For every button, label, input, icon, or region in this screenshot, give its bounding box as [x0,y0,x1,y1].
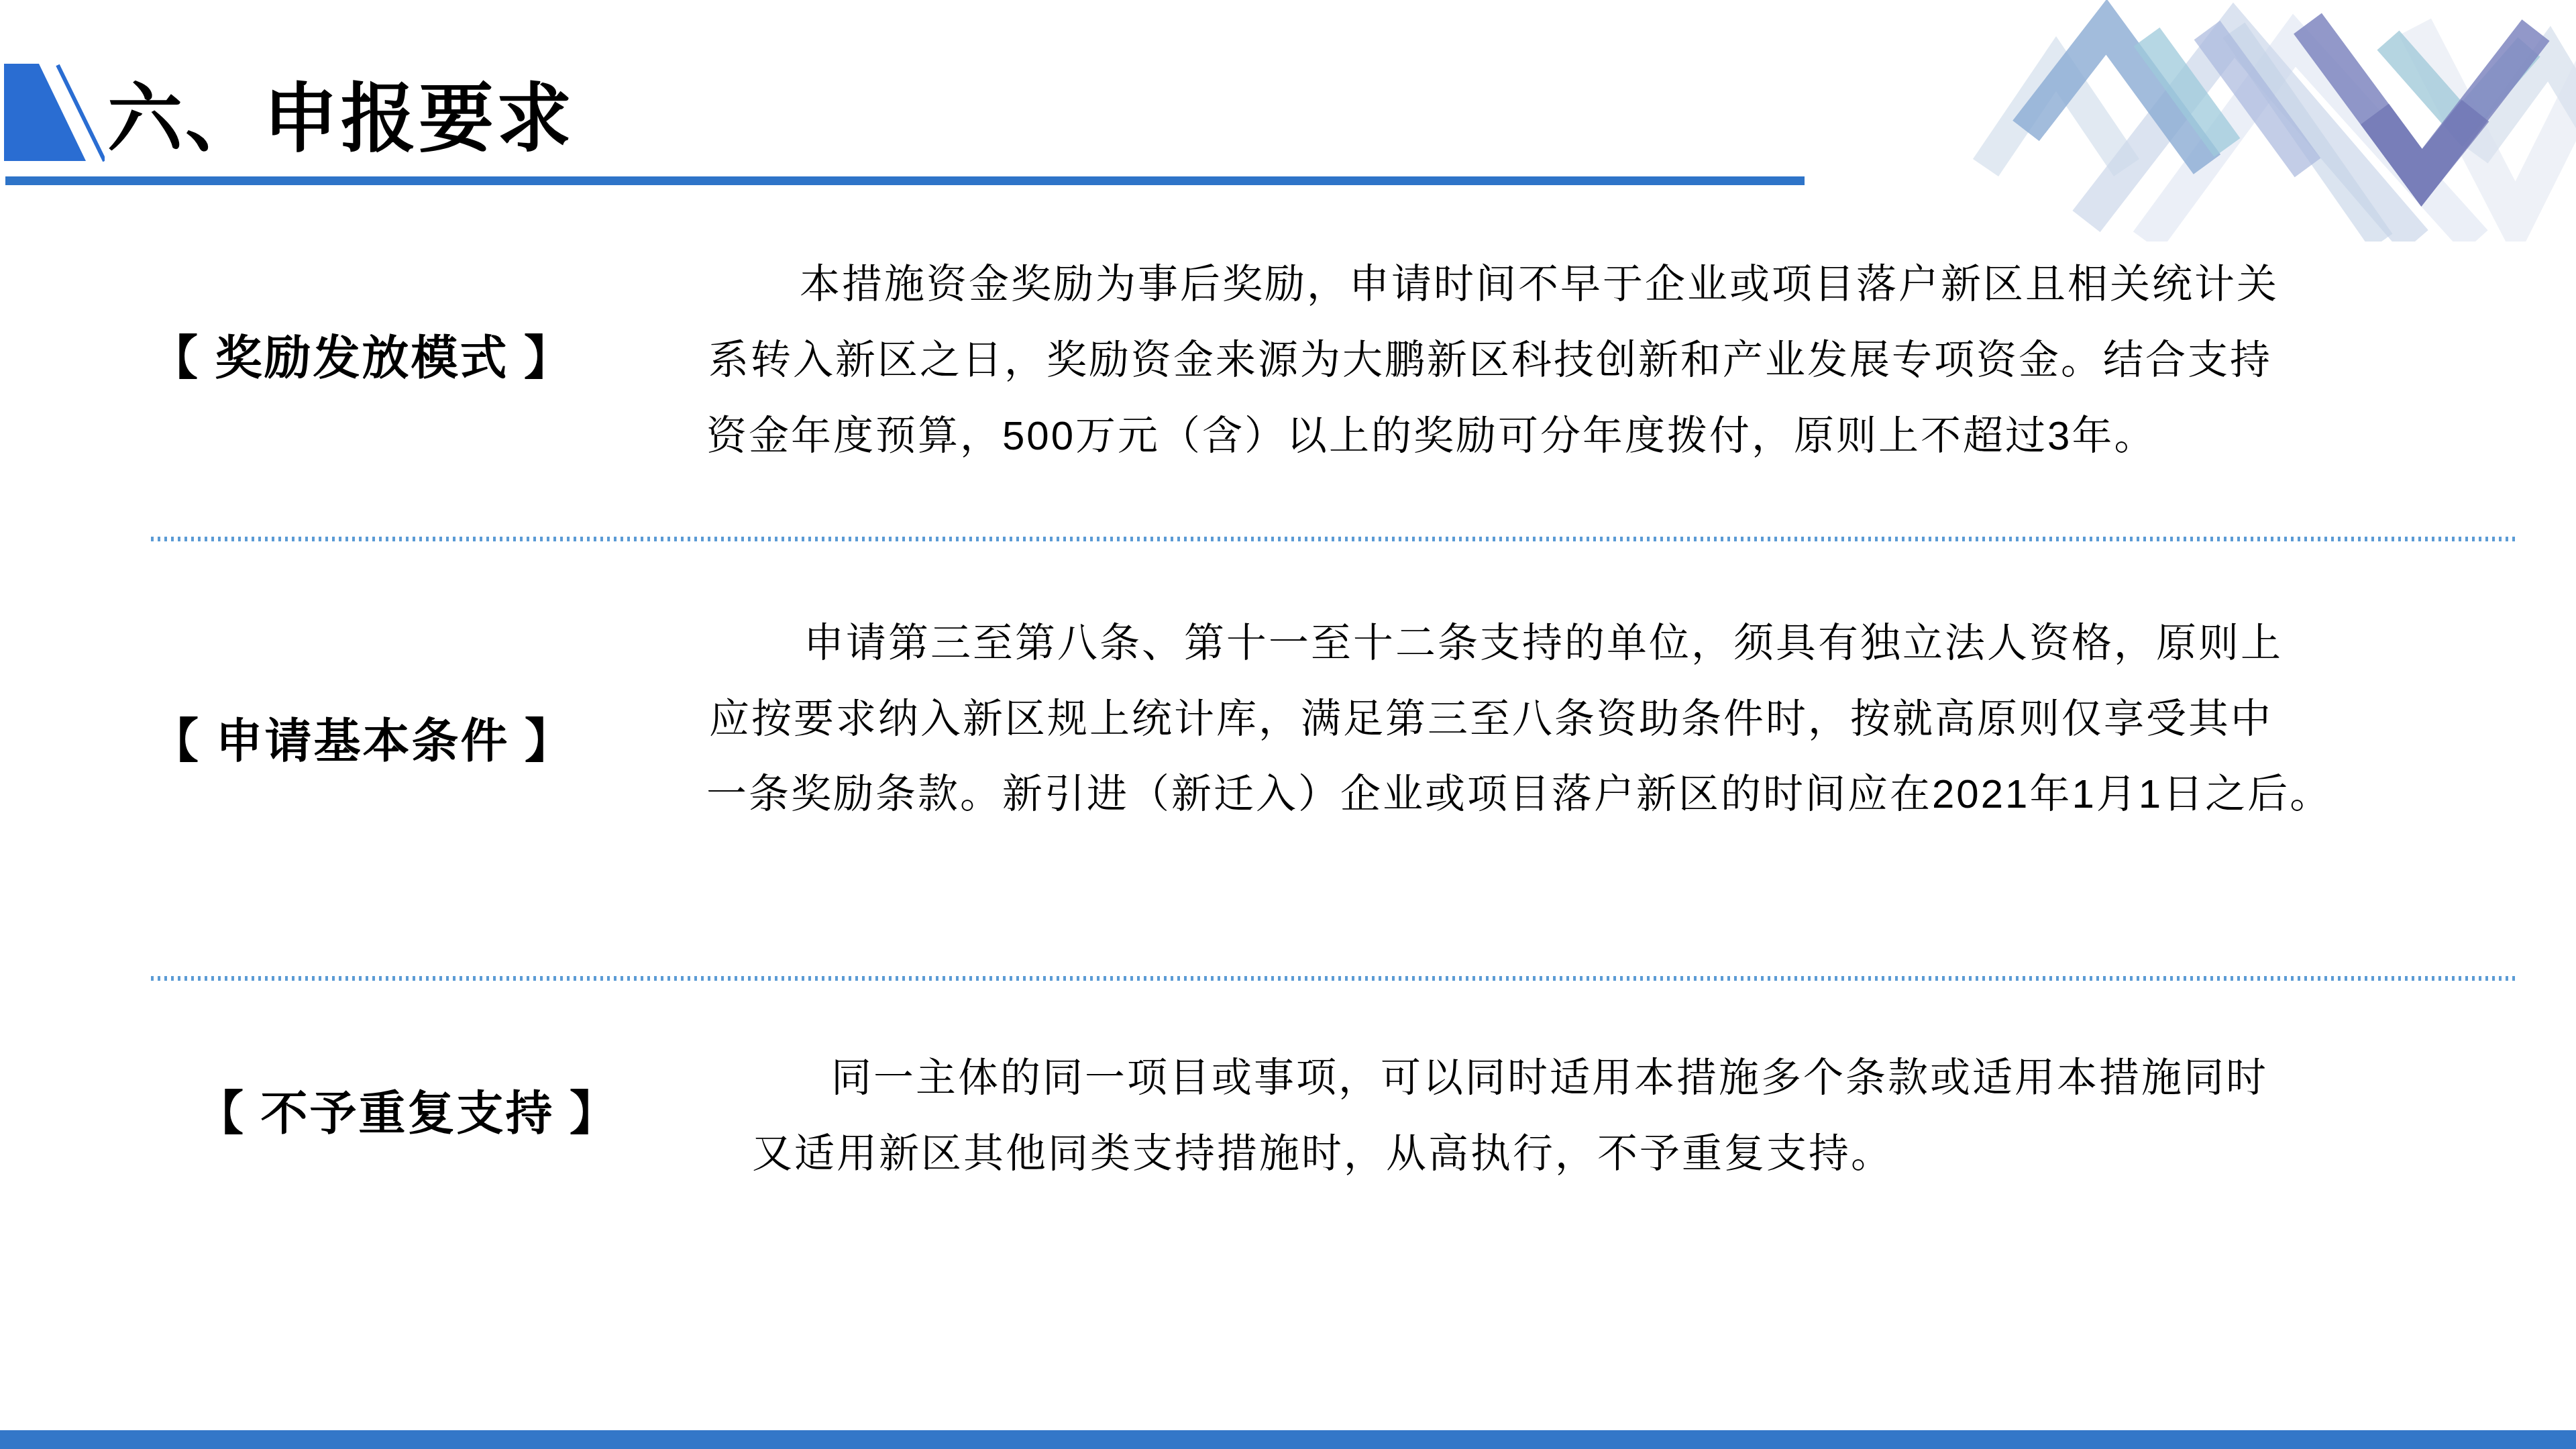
section3-line2: 又适用新区其他同类支持措施时，从高执行，不予重复支持。 [752,1132,1893,1176]
section2-line3: 一条奖励条款。新引进（新迁入）企业或项目落户新区的时间应在2021年1月1日之后… [706,772,2332,816]
section2-line1: 申请第三至第八条、第十一至十二条支持的单位，须具有独立法人资格，原则上 [804,621,2283,665]
slide: 六、申报要求 【 奖励发放模式 】 本措施资金奖励为事后奖励，申请时间不早于企业… [0,0,2576,1449]
section1-line1: 本措施资金奖励为事后奖励，申请时间不早于企业或项目落户新区且相关统计关 [800,262,2279,307]
section-label-basic-conditions: 【 申请基本条件 】 [152,712,574,770]
section-label-reward-mode: 【 奖励发放模式 】 [151,329,573,387]
page-title: 六、申报要求 [107,78,574,160]
dotted-separator-1 [151,537,2518,541]
dotted-separator-2 [151,976,2518,981]
section1-line3: 资金年度预算，500万元（含）以上的奖励可分年度拨付，原则上不超过3年。 [706,414,2156,458]
title-underline [5,176,1805,185]
title-marker-icon [4,62,105,163]
decorative-ribbons [1945,0,2576,241]
section-label-no-duplicate-support: 【 不予重复支持 】 [197,1085,619,1142]
section2-line2: 应按要求纳入新区规上统计库，满足第三至八条资助条件时，按就高原则仅享受其中 [709,697,2273,741]
bottom-bar [0,1430,2576,1449]
section1-line2: 系转入新区之日，奖励资金来源为大鹏新区科技创新和产业发展专项资金。结合支持 [708,338,2272,382]
section3-line1: 同一主体的同一项目或事项，可以同时适用本措施多个条款或适用本措施同时 [831,1056,2268,1100]
title-marker-trapezoid [4,64,86,161]
